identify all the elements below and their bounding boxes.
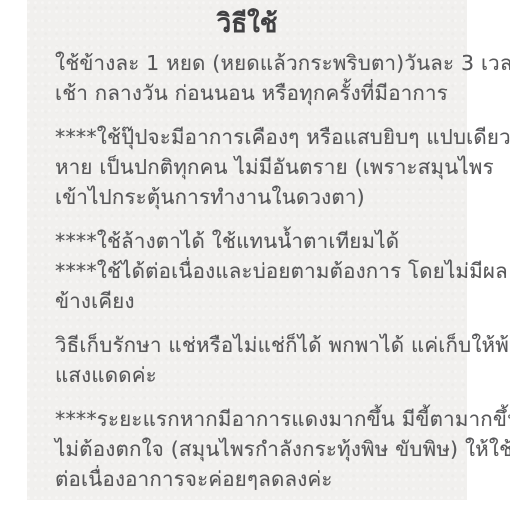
text-line: วิธีเก็บรักษา แช่หรือไม่แช่ก็ได้ พกพาได้… (55, 330, 455, 360)
paragraph-early-reaction: ****ระยะแรกหากมีอาการแดงมากขึ้น มีขี้ตาม… (55, 404, 455, 494)
paragraph-additional-uses: ****ใช้ล้างตาได้ ใช้แทนน้ำตาเทียมได้ ***… (55, 226, 455, 316)
text-line: ****ระยะแรกหากมีอาการแดงมากขึ้น มีขี้ตาม… (55, 404, 455, 434)
text-line: ****ใช้ได้ต่อเนื่องและบ่อยตามต้องการ โดย… (55, 256, 455, 286)
text-line: ****ใช้ปุ๊ปจะมีอาการเคืองๆ หรือแสบยิบๆ แ… (55, 122, 455, 152)
text-line: เข้าไปกระตุ้นการทำงานในดวงตา) (55, 182, 455, 212)
instruction-card: วิธีใช้ ใช้ข้างละ 1 หยด (หยดแล้วกระพริบต… (27, 0, 467, 500)
text-line: ใช้ข้างละ 1 หยด (หยดแล้วกระพริบตา)วันละ … (55, 48, 455, 78)
paragraph-initial-sensation: ****ใช้ปุ๊ปจะมีอาการเคืองๆ หรือแสบยิบๆ แ… (55, 122, 455, 212)
text-line: ต่อเนื่องอาการจะค่อยๆลดลงค่ะ (55, 464, 455, 494)
text-line: ข้างเคียง (55, 286, 455, 316)
page-title: วิธีใช้ (39, 4, 455, 44)
paragraph-dosage: ใช้ข้างละ 1 หยด (หยดแล้วกระพริบตา)วันละ … (55, 48, 455, 108)
paragraph-storage: วิธีเก็บรักษา แช่หรือไม่แช่ก็ได้ พกพาได้… (55, 330, 455, 390)
text-line: เช้า กลางวัน ก่อนนอน หรือทุกครั้งที่มีอา… (55, 78, 455, 108)
text-line: ****ใช้ล้างตาได้ ใช้แทนน้ำตาเทียมได้ (55, 226, 455, 256)
text-line: หาย เป็นปกติทุกคน ไม่มีอันตราย (เพราะสมุ… (55, 152, 455, 182)
page-background: วิธีใช้ ใช้ข้างละ 1 หยด (หยดแล้วกระพริบต… (0, 0, 510, 510)
text-line: ไม่ต้องตกใจ (สมุนไพรกำลังกระทุ้งพิษ ขับพ… (55, 434, 455, 464)
text-line: แสงแดดค่ะ (55, 360, 455, 390)
